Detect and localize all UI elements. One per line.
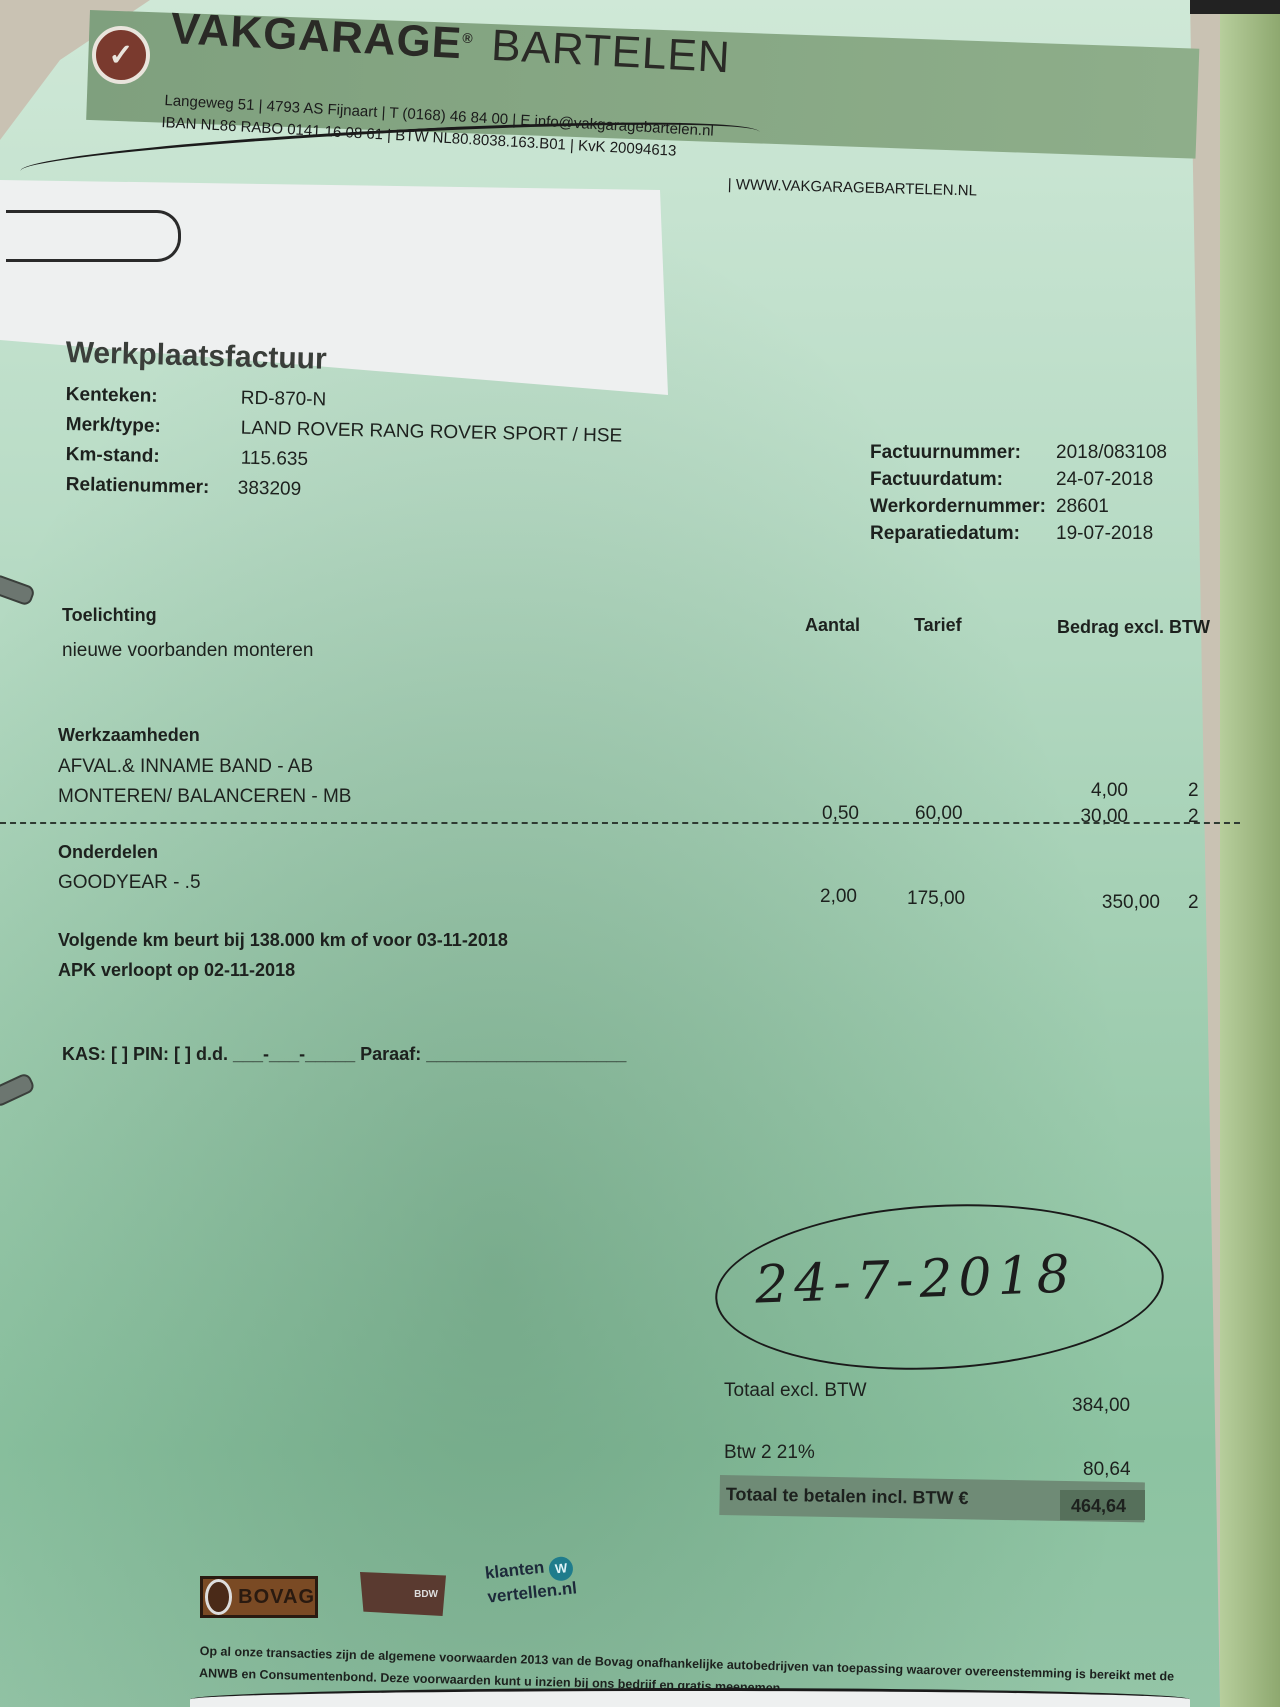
field-factuurnummer: Factuurnummer:2018/083108 [870, 442, 1021, 464]
field-value: 383209 [238, 478, 302, 501]
field-werkordernummer: Werkordernummer:28601 [870, 496, 1046, 518]
field-kenteken: Kenteken:RD-870-N [66, 384, 158, 408]
page-title: Werkplaatsfactuur [65, 336, 327, 377]
background-edge [1220, 0, 1280, 1707]
payment-pin: PIN: [ ] [133, 1044, 191, 1064]
field-value: RD-870-N [241, 388, 327, 412]
line-item-vat-code: 2 [1188, 892, 1199, 914]
payment-line: KAS: [ ] PIN: [ ] d.d. ___-___-_____ Par… [62, 1044, 626, 1065]
field-label: Km-stand: [66, 444, 160, 467]
bovag-logo: BOVAG [200, 1576, 318, 1618]
amount-value: 30,00 [1080, 806, 1128, 828]
field-label: Relatienummer: [66, 474, 210, 498]
bovag-text: BOVAG [238, 1586, 315, 1609]
paperclip-icon [6, 210, 181, 262]
field-value: 24-07-2018 [1056, 469, 1153, 491]
bdw-text: BDW [414, 1589, 438, 1600]
total-due-label: Totaal te betalen incl. BTW € [726, 1484, 969, 1509]
field-label: Werkordernummer: [870, 496, 1046, 517]
vat-value: 80,64 [1083, 1459, 1131, 1481]
payment-date: d.d. ___-___-_____ [196, 1044, 355, 1064]
line-item-rate: 175,00 [907, 888, 965, 910]
payment-kas: KAS: [ ] [62, 1044, 128, 1064]
column-header-amount: Bedrag excl. BTW [1057, 617, 1210, 638]
payment-initials: Paraaf: ____________________ [360, 1044, 626, 1064]
paper-fold [0, 822, 1240, 824]
bdw-logo: BDW [360, 1572, 446, 1616]
line-item-description: AFVAL.& INNAME BAND - AB [58, 756, 313, 778]
bovag-emblem-icon [205, 1579, 232, 1615]
total-excl-label: Totaal excl. BTW [724, 1380, 867, 1402]
registered-mark: ® [462, 30, 474, 47]
amount-value: 4,00 [1091, 780, 1128, 802]
field-label: Kenteken: [66, 384, 158, 407]
vakgarage-logo-icon: ✓ [92, 26, 150, 84]
handwritten-date: 24-7-2018 [754, 1244, 1077, 1315]
field-label: Reparatiedatum: [870, 523, 1020, 544]
amount-value: 350,00 [1102, 892, 1160, 914]
line-item-quantity: 2,00 [820, 886, 857, 908]
remark-next-service: Volgende km beurt bij 138.000 km of voor… [58, 930, 508, 951]
field-reparatiedatum: Reparatiedatum:19-07-2018 [870, 523, 1020, 545]
section-heading-werkzaamheden: Werkzaamheden [58, 725, 200, 746]
total-excl-value: 384,00 [1072, 1395, 1130, 1417]
field-relatienummer: Relatienummer:383209 [66, 474, 210, 499]
checkmark-icon: ✓ [108, 38, 133, 73]
klantenvertellen-logo: klanten W vertellen.nl [484, 1555, 578, 1605]
line-item-vat-code: 2 [1188, 806, 1199, 828]
remark-apk: APK verloopt op 02-11-2018 [58, 960, 295, 981]
line-item-vat-code: 2 [1188, 780, 1199, 802]
line-item-description: MONTEREN/ BALANCEREN - MB [58, 786, 351, 808]
field-km-stand: Km-stand:115.635 [66, 444, 160, 468]
field-value: 2018/083108 [1056, 442, 1167, 464]
field-value: 115.635 [241, 448, 309, 471]
section-heading-onderdelen: Onderdelen [58, 842, 158, 863]
field-label: Merk/type: [66, 414, 161, 437]
background-edge-dark [1190, 0, 1280, 14]
field-label: Factuurnummer: [870, 442, 1021, 463]
field-factuurdatum: Factuurdatum:24-07-2018 [870, 469, 1003, 491]
line-item-description: GOODYEAR - .5 [58, 872, 201, 894]
column-header-rate: Tarief [914, 615, 962, 636]
bottom-window-edge [190, 1688, 1190, 1707]
field-value: 19-07-2018 [1056, 523, 1153, 545]
vat-label: Btw 2 21% [724, 1442, 815, 1464]
field-value: 28601 [1056, 496, 1109, 518]
total-due-value: 464,64 [1071, 1496, 1126, 1517]
field-label: Factuurdatum: [870, 469, 1003, 490]
invoice-note: nieuwe voorbanden monteren [62, 640, 313, 662]
column-header-description: Toelichting [62, 605, 157, 626]
column-header-quantity: Aantal [805, 615, 860, 636]
